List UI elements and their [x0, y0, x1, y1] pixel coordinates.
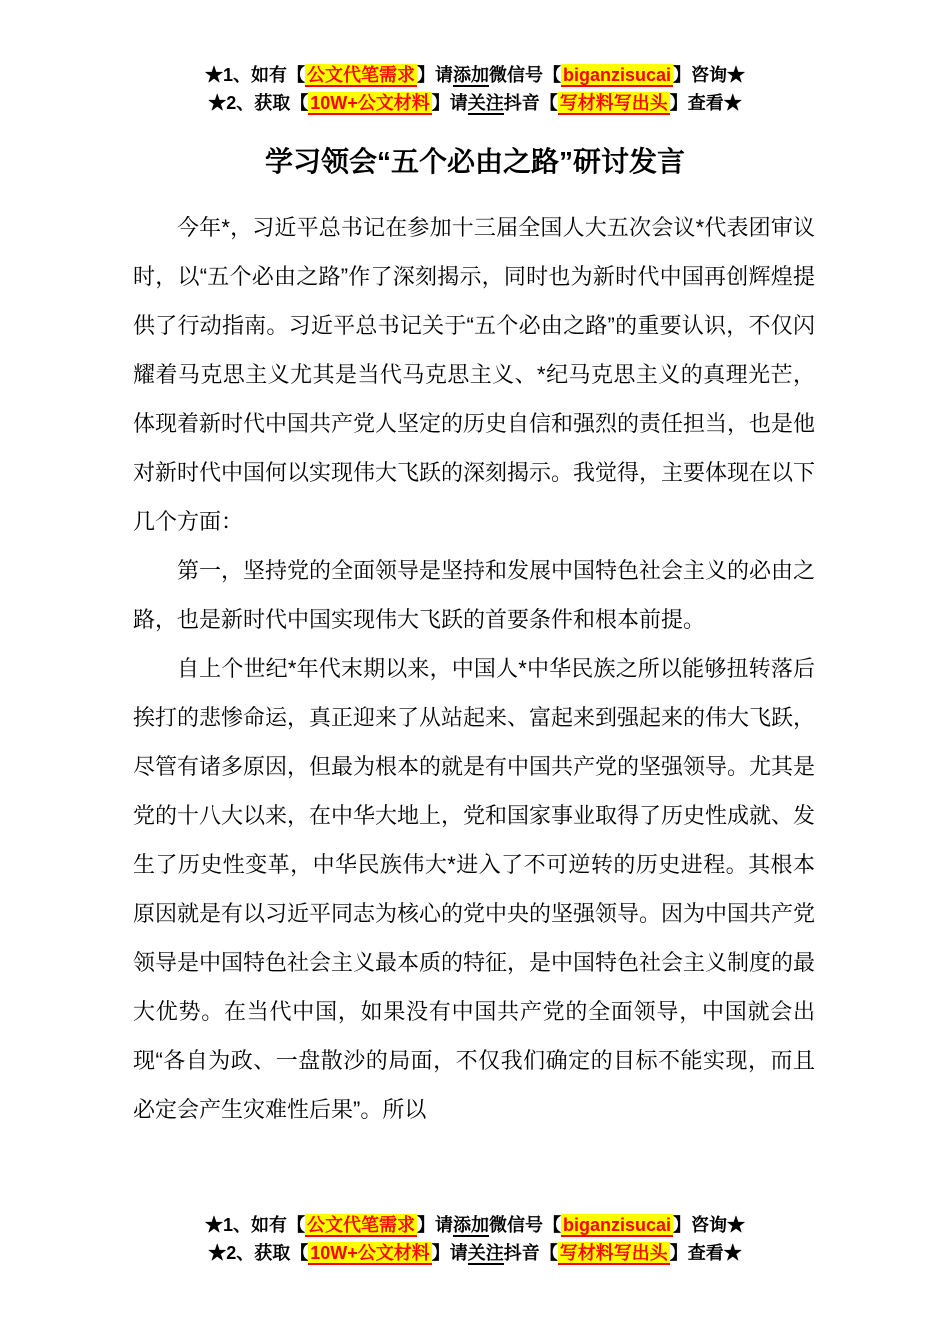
promo-highlight-wechat-id: biganzisucai	[561, 1214, 673, 1237]
promo-text: 抖音【	[504, 93, 558, 113]
promo-text: 】请	[432, 1243, 468, 1263]
promo-footer: ★1、如有【公文代笔需求】请添加微信号【biganzisucai】咨询★ ★2、…	[0, 1211, 950, 1267]
promo-text: 】请	[432, 93, 468, 113]
document-page: ★1、如有【公文代笔需求】请添加微信号【biganzisucai】咨询★ ★2、…	[0, 0, 950, 1344]
promo-highlight-wechat-id: biganzisucai	[561, 64, 673, 87]
paragraph-point-one-heading: 第一，坚持党的全面领导是坚持和发展中国特色社会主义的必由之路，也是新时代中国实现…	[133, 546, 815, 644]
paragraph-intro: 今年*，习近平总书记在参加十三届全国人大五次会议*代表团审议时，以“五个必由之路…	[133, 203, 815, 546]
star-icon: ★	[205, 65, 223, 85]
promo-text: 微信号【	[489, 65, 561, 85]
star-icon: ★	[727, 1215, 745, 1235]
promo-text: 】咨询	[673, 1215, 727, 1235]
promo-text: 】请	[417, 65, 453, 85]
promo-header-line-1: ★1、如有【公文代笔需求】请添加微信号【biganzisucai】咨询★	[0, 61, 950, 89]
promo-underline-add: 添加	[453, 1215, 489, 1237]
promo-highlight-douyin-id: 写材料写出头	[558, 92, 670, 115]
promo-header-line-2: ★2、获取【10W+公文材料】请关注抖音【写材料写出头】查看★	[0, 89, 950, 117]
promo-text: 1、如有【	[223, 1215, 305, 1235]
promo-highlight-douyin-id: 写材料写出头	[558, 1242, 670, 1265]
document-body: 今年*，习近平总书记在参加十三届全国人大五次会议*代表团审议时，以“五个必由之路…	[133, 203, 815, 1134]
promo-text: 抖音【	[504, 1243, 558, 1263]
promo-text: 】请	[417, 1215, 453, 1235]
star-icon: ★	[724, 1243, 742, 1263]
promo-text: 】查看	[670, 93, 724, 113]
promo-text: 2、获取【	[226, 93, 308, 113]
document-title: 学习领会“五个必由之路”研讨发言	[0, 143, 950, 181]
promo-text: 】咨询	[673, 65, 727, 85]
paragraph-point-one-body: 自上个世纪*年代末期以来，中国人*中华民族之所以能够扭转落后挨打的悲惨命运，真正…	[133, 644, 815, 1134]
promo-highlight-materials: 10W+公文材料	[308, 1242, 432, 1265]
star-icon: ★	[205, 1215, 223, 1235]
promo-text: 2、获取【	[226, 1243, 308, 1263]
promo-highlight-materials: 10W+公文材料	[308, 92, 432, 115]
promo-footer-line-2: ★2、获取【10W+公文材料】请关注抖音【写材料写出头】查看★	[0, 1239, 950, 1267]
promo-underline-add: 添加	[453, 65, 489, 87]
promo-underline-follow: 关注	[468, 1243, 504, 1265]
star-icon: ★	[724, 93, 742, 113]
promo-text: 】查看	[670, 1243, 724, 1263]
promo-footer-line-1: ★1、如有【公文代笔需求】请添加微信号【biganzisucai】咨询★	[0, 1211, 950, 1239]
promo-underline-follow: 关注	[468, 93, 504, 115]
promo-text: 1、如有【	[223, 65, 305, 85]
promo-text: 微信号【	[489, 1215, 561, 1235]
star-icon: ★	[208, 93, 226, 113]
star-icon: ★	[208, 1243, 226, 1263]
promo-header: ★1、如有【公文代笔需求】请添加微信号【biganzisucai】咨询★ ★2、…	[0, 0, 950, 117]
promo-highlight-writing-service: 公文代笔需求	[305, 64, 417, 87]
star-icon: ★	[727, 65, 745, 85]
promo-highlight-writing-service: 公文代笔需求	[305, 1214, 417, 1237]
